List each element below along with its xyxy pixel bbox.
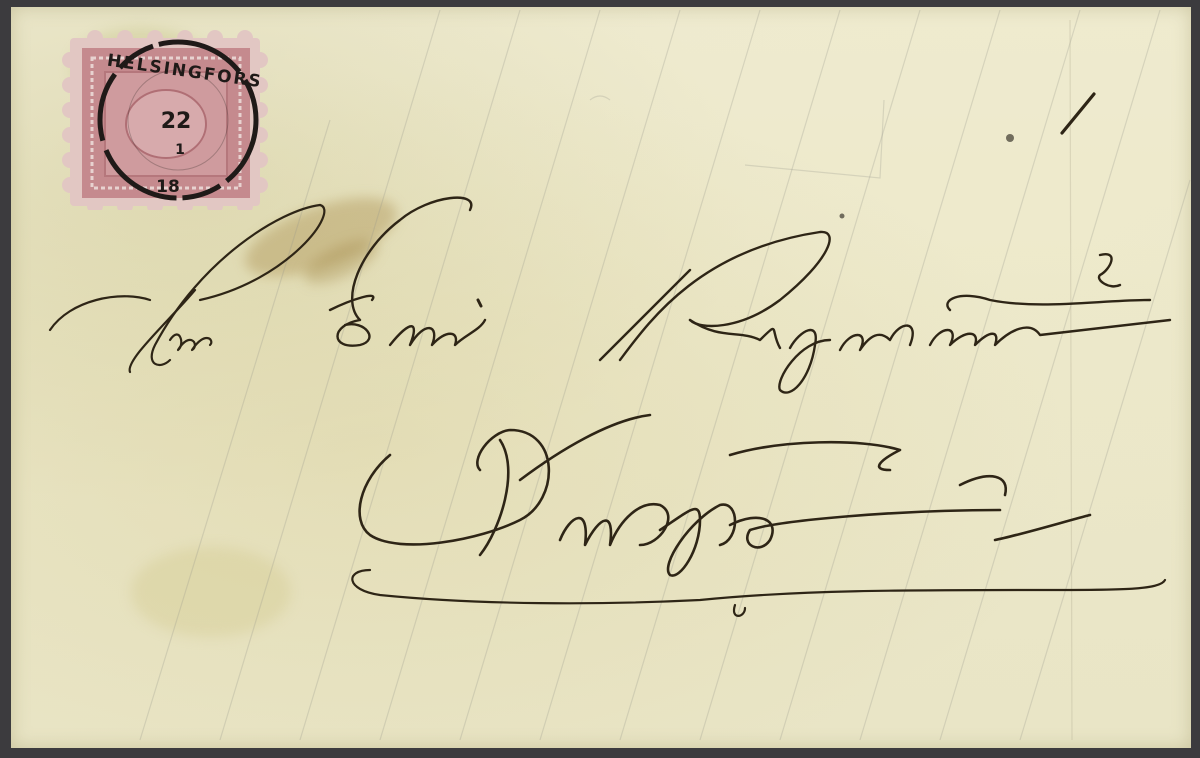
handwritten-borgstrom bbox=[600, 232, 1170, 393]
handwriting-layer bbox=[0, 0, 1200, 758]
handwritten-herr bbox=[50, 205, 324, 372]
handwritten-kuopio bbox=[360, 415, 1090, 576]
handwritten-eric bbox=[330, 198, 485, 346]
ink-spot bbox=[840, 214, 845, 219]
flourish-underline bbox=[352, 570, 1165, 616]
ink-spot bbox=[1006, 134, 1014, 142]
handwritten-mark-1 bbox=[1062, 94, 1094, 133]
